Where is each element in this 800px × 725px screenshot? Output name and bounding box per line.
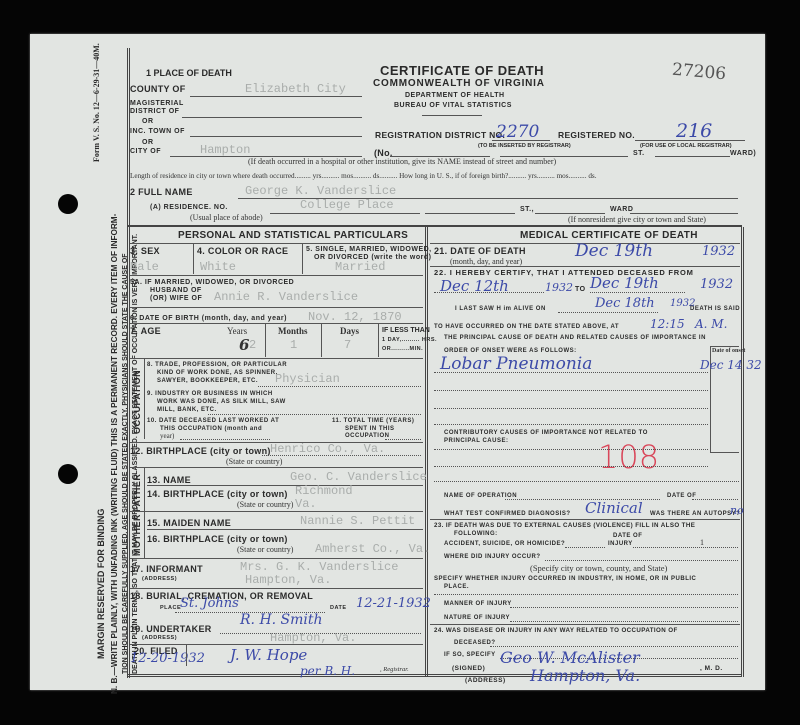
nature-line xyxy=(510,621,738,622)
instructions-line-1: N. B.—WRITE PLAINLY, WITH UNFADING INK (… xyxy=(110,214,119,694)
mother-tab: MOTHER xyxy=(132,514,142,556)
industry-label-3: MILL, BANK, ETC. xyxy=(157,407,217,413)
burial-place-label: PLACE xyxy=(160,605,181,611)
last-worked-label-2: THIS OCCUPATION (month and xyxy=(160,426,262,432)
binding-hole-top xyxy=(58,194,78,214)
contributory-line-3 xyxy=(434,481,739,482)
city-label: CITY OF xyxy=(130,148,161,155)
filed-divider xyxy=(186,644,187,666)
spouse-label-2: HUSBAND OF xyxy=(150,287,202,294)
residence-value: College Place xyxy=(300,198,394,212)
full-name-value: George K. Vanderslice xyxy=(245,184,396,198)
attended-to-line xyxy=(590,292,685,293)
undertaker-value: R. H. Smith xyxy=(240,612,323,628)
registrar-label: , Registrar. xyxy=(380,666,409,673)
principal-cause-label-1: THE PRINCIPAL CAUSE OF DEATH AND RELATED… xyxy=(444,335,706,341)
cause-line-1 xyxy=(434,372,708,373)
onset-label: Date of onset xyxy=(712,348,745,354)
undertaker-address: Hampton, Va. xyxy=(270,631,356,645)
marital-value: Married xyxy=(335,260,385,274)
mother-birthplace-sub: (State or country) xyxy=(237,545,293,554)
town-line xyxy=(190,136,362,137)
residence-street-label: ST., xyxy=(520,206,534,213)
informant-line xyxy=(130,588,423,589)
row-line-6 xyxy=(130,467,423,468)
test-section-line xyxy=(430,519,740,520)
less-than-label-1: IF LESS THAN xyxy=(382,327,430,334)
where-label: WHERE DID INJURY OCCUR? xyxy=(444,554,541,560)
residence-note: (Usual place of abode) xyxy=(190,213,263,222)
occupation-tab-divider xyxy=(144,359,145,439)
registered-no-label: REGISTERED NO. xyxy=(558,130,635,140)
specify-place-line xyxy=(434,594,738,595)
informant-label: 17. INFORMANT xyxy=(130,564,203,574)
father-birthplace-sub: (State or country) xyxy=(237,500,293,509)
manner-line xyxy=(510,607,738,608)
where-line xyxy=(545,560,738,561)
personal-heading-line xyxy=(130,243,423,244)
contributory-label-1: CONTRIBUTORY CAUSES OF IMPORTANCE NOT RE… xyxy=(444,430,648,436)
contributory-line-1 xyxy=(434,449,708,450)
father-birthplace-label: 14. BIRTHPLACE (city or town) xyxy=(147,489,288,499)
attended-from-line xyxy=(434,292,544,293)
registration-district-label: REGISTRATION DISTRICT NO. xyxy=(375,130,505,140)
registration-district-note: (TO BE INSERTED BY REGISTRAR) xyxy=(478,143,571,149)
industry-label-2: WORK WAS DONE, AS SILK MILL, SAW xyxy=(157,399,286,405)
less-than-label-3: OR.........MIN. xyxy=(382,346,423,352)
birthplace-sub: (State or country) xyxy=(226,457,282,466)
burial-date-value: 12-21-1932 xyxy=(356,596,431,611)
signed-label: (SIGNED) xyxy=(452,665,485,672)
binding-hole-bottom xyxy=(58,464,78,484)
age-label: 7. AGE xyxy=(130,326,161,336)
test-label: WHAT TEST CONFIRMED DIAGNOSIS? xyxy=(444,511,571,517)
registrar-signature: J. W. Hope xyxy=(230,646,307,664)
section-divider xyxy=(127,225,742,227)
months-label: Months xyxy=(278,326,308,336)
trade-label-2: KIND OF WORK DONE, AS SPINNER, xyxy=(157,370,278,376)
spouse-label-3: (OR) WIFE OF xyxy=(150,295,202,302)
sex-value: Male xyxy=(130,260,159,274)
if-so-label: IF SO, SPECIFY xyxy=(444,652,496,658)
spouse-value: Annie R. Vanderslice xyxy=(214,290,358,304)
mother-birthplace-value: Amherst Co., Va. xyxy=(315,542,430,556)
mother-name-line xyxy=(147,529,423,530)
last-worked-label-1: 10. DATE DECEASED LAST WORKED AT xyxy=(147,418,279,424)
registered-no-note: (FOR USE OF LOCAL REGISTRAR) xyxy=(640,143,732,149)
row-line-3 xyxy=(130,323,423,324)
institution-note: (If death occurred in a hospital or othe… xyxy=(248,157,556,166)
registrar-per: per B. H. xyxy=(300,664,355,678)
age-divider-3 xyxy=(378,324,379,357)
place-of-death-heading: 1 PLACE OF DEATH xyxy=(146,68,232,78)
last-saw-line xyxy=(558,312,658,313)
row-line-2 xyxy=(130,307,423,308)
burial-date-label: DATE xyxy=(330,605,347,611)
mother-birthplace-label: 16. BIRTHPLACE (city or town) xyxy=(147,534,288,544)
less-than-label-2: 1 DAY,......... HRS. xyxy=(382,337,437,343)
last-saw-label: I LAST SAW H im ALIVE ON xyxy=(455,306,546,312)
ward-line xyxy=(655,156,730,157)
residence-line-2 xyxy=(425,213,515,214)
registration-district-value: 2270 xyxy=(496,122,539,142)
department-name: DEPARTMENT OF HEALTH xyxy=(405,92,505,99)
death-said-label: DEATH IS SAID xyxy=(690,306,740,312)
row-line-4 xyxy=(130,358,423,359)
father-name-value: Geo. C. Vanderslice xyxy=(290,470,427,484)
principal-cause-value: Lobar Pneumonia xyxy=(440,354,592,374)
town-label: INC. TOWN OF xyxy=(130,128,185,135)
burial-place-value: St. Johns xyxy=(180,596,239,611)
specify-place-label-1: SPECIFY WHETHER INJURY OCCURRED IN INDUS… xyxy=(434,576,696,582)
attended-from-year: 1932 xyxy=(545,281,573,294)
trade-label-1: 8. TRADE, PROFESSION, OR PARTICULAR xyxy=(147,362,287,368)
cause-line-3 xyxy=(434,408,708,409)
occurred-label: TO HAVE OCCURRED ON THE DATE STATED ABOV… xyxy=(434,324,619,330)
residence-ward-line xyxy=(630,213,738,214)
birthplace-label: 12. BIRTHPLACE (city or town) xyxy=(130,446,271,456)
last-saw-value: Dec 18th xyxy=(595,296,655,311)
ward-label: WARD) xyxy=(730,150,756,157)
occupation-related-label-1: 24. WAS DISEASE OR INJURY IN ANY WAY REL… xyxy=(434,627,678,634)
total-time-line xyxy=(385,439,421,440)
industry-line xyxy=(208,414,421,415)
contributory-line-2 xyxy=(434,466,708,467)
county-label: COUNTY OF xyxy=(130,84,186,94)
mother-name-label: 15. MAIDEN NAME xyxy=(147,518,231,528)
father-name-label: 13. NAME xyxy=(147,475,191,485)
classification-code: 108 xyxy=(598,438,659,476)
years-value-typed: 2 xyxy=(249,338,256,352)
frame-bottom xyxy=(127,674,741,677)
state-name: COMMONWEALTH OF VIRGINIA xyxy=(373,78,545,89)
date-of-death-year: 1932 xyxy=(702,244,735,259)
external-label-2: FOLLOWING: xyxy=(454,531,498,537)
father-tab: FATHER xyxy=(132,474,142,512)
attended-to-year: 1932 xyxy=(700,277,733,292)
date-of-death-label: 21. DATE OF DEATH xyxy=(434,246,526,256)
years-label: Years xyxy=(227,326,247,336)
injury-year-label: 1 xyxy=(700,538,704,547)
dod-line xyxy=(430,266,740,267)
external-label-1: 23. IF DEATH WAS DUE TO EXTERNAL CAUSES … xyxy=(434,522,695,529)
undertaker-label: 19. UNDERTAKER xyxy=(130,624,212,634)
race-label: 4. COLOR OR RACE xyxy=(197,246,288,256)
attended-to-value: Dec 19th xyxy=(590,274,659,292)
residence-street-line xyxy=(535,213,605,214)
where-sub: (Specify city or town, county, and State… xyxy=(530,563,667,573)
address-label: (ADDRESS) xyxy=(465,677,506,684)
test-value: Clinical xyxy=(585,499,643,517)
death-certificate: MARGIN RESERVED FOR BINDING N. B.—WRITE … xyxy=(30,34,765,690)
time-suffix: A. M. xyxy=(695,317,727,331)
injury-date-label-2: INJURY xyxy=(608,541,633,547)
street-label: ST. xyxy=(633,150,645,157)
age-divider-1 xyxy=(265,324,266,357)
date-of-death-sub: (month, day, and year) xyxy=(450,257,522,266)
occupation-tab: OCCUPATION xyxy=(132,370,142,434)
nature-section-line xyxy=(430,624,740,625)
medical-heading: MEDICAL CERTIFICATE OF DEATH xyxy=(520,230,698,241)
spouse-label-1: 5A. IF MARRIED, WIDOWED, OR DIVORCED xyxy=(130,279,294,286)
accident-label: ACCIDENT, SUICIDE, OR HOMICIDE? xyxy=(444,541,565,547)
right-frame xyxy=(741,227,744,677)
trade-line xyxy=(258,386,421,387)
nonresident-note: (If nonresident give city or town and St… xyxy=(568,215,706,224)
informant-address: Hampton, Va. xyxy=(245,573,331,587)
father-name-line xyxy=(147,485,423,486)
stamp-number: 27206 xyxy=(671,60,727,85)
dob-value: Nov. 12, 1870 xyxy=(308,310,402,324)
registered-no-value: 216 xyxy=(676,120,712,142)
personal-heading: PERSONAL AND STATISTICAL PARTICULARS xyxy=(178,230,408,241)
days-value: 7 xyxy=(344,338,351,352)
city-value: Hampton xyxy=(200,143,250,157)
trade-value: Physician xyxy=(275,372,340,386)
years-value: 6 xyxy=(239,336,249,354)
last-worked-label-3: year) xyxy=(160,432,174,440)
district-line xyxy=(182,117,362,118)
father-section-line xyxy=(130,511,423,512)
manner-label: MANNER OF INJURY xyxy=(444,601,512,607)
form-number: Form V. S. No. 12—6-29-31—40M. xyxy=(92,43,101,162)
to-label: TO xyxy=(575,286,586,293)
cause-line-4 xyxy=(434,424,708,425)
date-of-death-value: Dec 19th xyxy=(575,241,653,261)
accident-line xyxy=(565,547,605,548)
cause-line-2 xyxy=(434,390,708,391)
or-label-2: OR xyxy=(142,139,154,146)
injury-date-line xyxy=(633,547,738,548)
specify-place-label-2: PLACE. xyxy=(444,584,469,590)
onset-value: Dec 14 32 xyxy=(700,358,762,372)
race-divider xyxy=(302,244,303,274)
residence-line xyxy=(270,213,420,214)
dob-label: 6. DATE OF BIRTH (month, day, and year) xyxy=(130,315,287,322)
last-worked-line xyxy=(180,439,270,440)
autopsy-label: WAS THERE AN AUTOPSY? xyxy=(650,511,740,517)
total-time-label-1: 11. TOTAL TIME (YEARS) xyxy=(332,418,414,424)
age-divider-2 xyxy=(321,324,322,357)
contributory-label-2: PRINCIPAL CAUSE: xyxy=(444,438,508,444)
occupation-related-line xyxy=(490,646,738,647)
filed-value: 12-20-1932 xyxy=(130,651,205,666)
months-value: 1 xyxy=(290,338,297,352)
residence-length-note: Length of residence in city or town wher… xyxy=(130,172,597,180)
magisterial-label: MAGISTERIAL xyxy=(130,100,184,107)
binding-margin-note: MARGIN RESERVED FOR BINDING xyxy=(96,509,106,659)
physician-address: Hampton, Va. xyxy=(530,666,640,685)
residence-ward-label: WARD xyxy=(610,206,633,213)
industry-label-1: 9. INDUSTRY OR BUSINESS IN WHICH xyxy=(147,391,273,397)
district-label: DISTRICT OF xyxy=(130,108,179,115)
bureau-name: BUREAU OF VITAL STATISTICS xyxy=(394,102,512,109)
birthplace-value: Henrico Co., Va. xyxy=(270,442,385,456)
bureau-underline xyxy=(422,115,482,116)
informant-value: Mrs. G. K. Vanderslice xyxy=(240,560,398,574)
race-value: White xyxy=(200,260,236,274)
time-of-death-value: 12:15 xyxy=(650,317,685,331)
autopsy-value: no xyxy=(730,504,744,517)
physician-signature: Geo W. McAlister xyxy=(500,648,640,667)
county-value: Elizabeth City xyxy=(245,82,346,96)
or-label-1: OR xyxy=(142,118,154,125)
certificate-title: CERTIFICATE OF DEATH xyxy=(380,63,544,78)
mother-name-value: Nannie S. Pettit xyxy=(300,514,415,528)
md-label: , M. D. xyxy=(700,665,723,672)
total-time-label-2: SPENT IN THIS xyxy=(345,426,395,432)
county-line xyxy=(190,96,362,97)
father-birthplace-state: Va. xyxy=(295,497,317,511)
days-label: Days xyxy=(340,326,359,336)
parent-tab-divider xyxy=(144,468,145,558)
operation-date-line xyxy=(692,499,738,500)
nature-label: NATURE OF INJURY xyxy=(444,615,510,621)
full-name-label: 2 FULL NAME xyxy=(130,187,193,197)
father-birthplace-city: Richmond xyxy=(295,484,353,498)
sex-divider xyxy=(193,244,194,274)
undertaker-sub: (ADDRESS) xyxy=(142,635,177,641)
injury-date-label-1: DATE OF xyxy=(613,533,642,539)
residence-label: (A) RESIDENCE. NO. xyxy=(150,204,228,211)
sex-label: 3. SEX xyxy=(130,246,160,256)
frame-left xyxy=(127,48,130,678)
mother-section-line xyxy=(130,558,423,559)
undertaker-section-line xyxy=(130,644,423,645)
informant-sub: (ADDRESS) xyxy=(142,576,177,582)
marital-label-1: 5. SINGLE, MARRIED, WIDOWED, xyxy=(306,246,432,253)
total-time-label-3: OCCUPATION xyxy=(345,433,389,439)
row-line-1 xyxy=(130,275,423,276)
trade-label-3: SAWYER, BOOKKEEPER, ETC. xyxy=(157,378,258,384)
